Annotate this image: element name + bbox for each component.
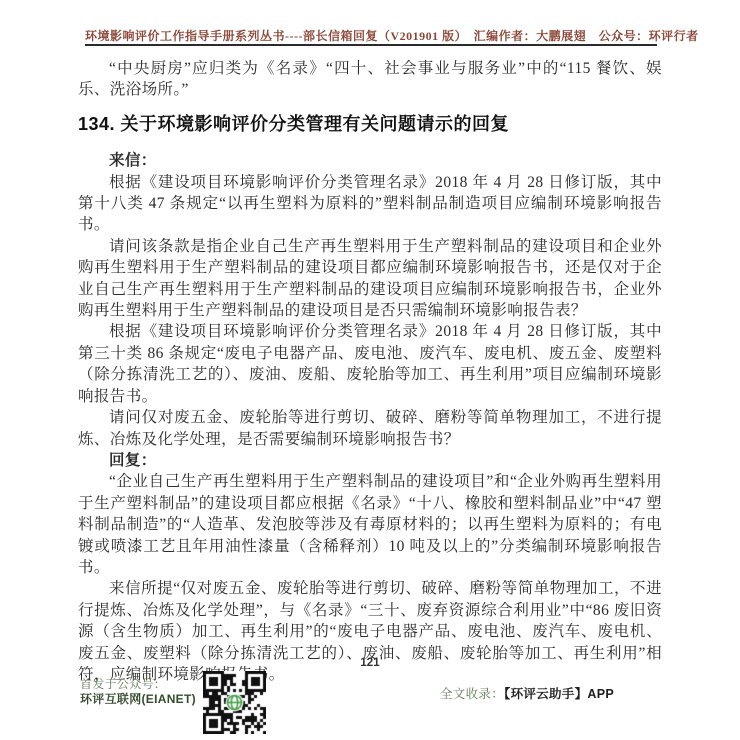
header-text: 环境影响评价工作指导手册系列丛书----部长信箱回复（V201901 版） 汇编… <box>85 29 699 43</box>
letter-paragraph: 请问仅对废五金、废轮胎等进行剪切、破碎、磨粉等简单物理加工，不进行提炼、冶炼及化… <box>78 407 662 450</box>
footer-app-label: 全文收录： <box>440 687 504 701</box>
letter-paragraph: 根据《建设项目环境影响评价分类管理名录》2018 年 4 月 28 日修订版，其… <box>78 172 662 236</box>
document-body: “中央厨房”应归类为《名录》“四十、社会事业与服务业”中的“115 餐饮、娱乐、… <box>78 58 662 685</box>
reply-paragraph: “企业自己生产再生塑料用于生产塑料制品的建设项目”和“企业外购再生塑料用于生产塑… <box>78 471 662 578</box>
footer-publisher: 首发于公众号： 环评互联网(EIANET) <box>80 677 196 707</box>
section-title: 134. 关于环境影响评价分类管理有关问题请示的回复 <box>78 114 662 135</box>
footer-app-name: 【环评云助手】APP <box>504 687 614 701</box>
qr-code <box>203 671 266 734</box>
footer-app-note: 全文收录：【环评云助手】APP <box>440 684 614 702</box>
letter-label: 来信： <box>78 150 662 171</box>
letter-paragraph: 根据《建设项目环境影响评价分类管理名录》2018 年 4 月 28 日修订版，其… <box>78 321 662 407</box>
document-page: 环境影响评价工作指导手册系列丛书----部长信箱回复（V201901 版） 汇编… <box>0 0 740 740</box>
page-header: 环境影响评价工作指导手册系列丛书----部长信箱回复（V201901 版） 汇编… <box>85 27 657 44</box>
reply-label: 回复： <box>78 450 662 471</box>
page-number: 121 <box>0 657 740 669</box>
footer-publisher-label: 首发于公众号： <box>80 677 196 692</box>
footer-publisher-name: 环评互联网(EIANET) <box>80 692 196 707</box>
reply-paragraph: 来信所提“仅对废五金、废轮胎等进行剪切、破碎、磨粉等简单物理加工，不进行提炼、冶… <box>78 578 662 685</box>
intro-paragraph: “中央厨房”应归类为《名录》“四十、社会事业与服务业”中的“115 餐饮、娱乐、… <box>78 58 662 101</box>
letter-paragraph: 请问该条款是指企业自己生产再生塑料用于生产塑料制品的建设项目和企业外购再生塑料用… <box>78 236 662 322</box>
header-divider <box>85 44 657 46</box>
